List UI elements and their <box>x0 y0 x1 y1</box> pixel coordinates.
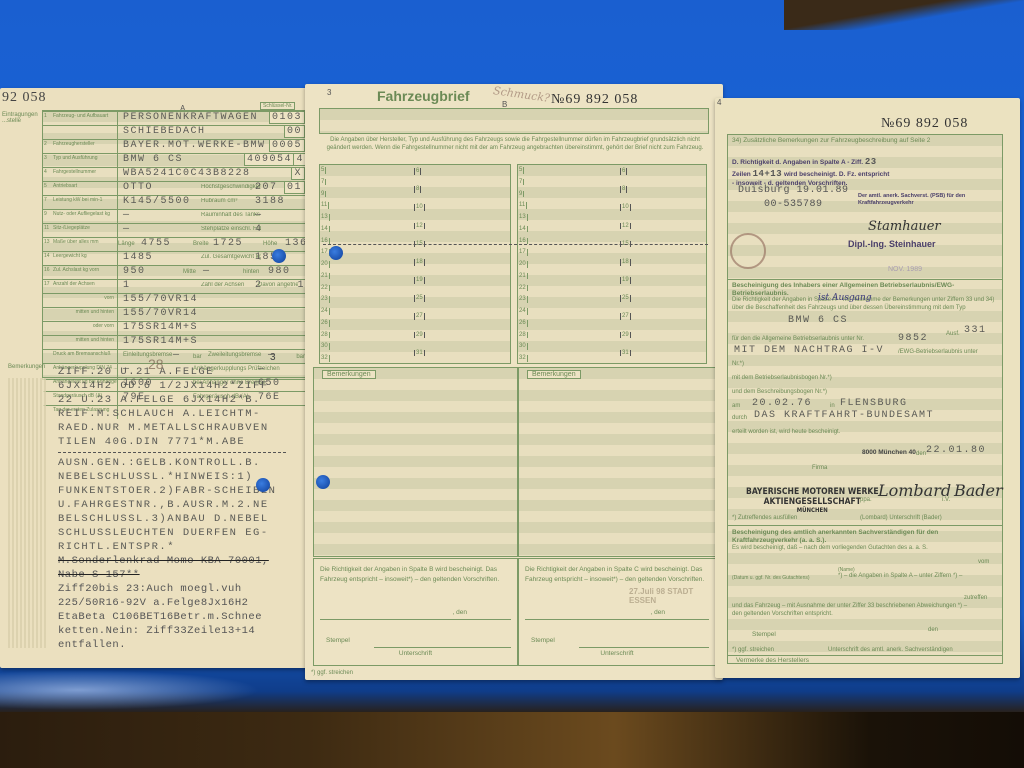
table-glare <box>0 670 260 710</box>
faded-stamp: 27.Juli 98 STADT ESSEN <box>629 587 709 605</box>
durch-value: DAS KRAFTFAHRT-BUNDESAMT <box>754 410 934 421</box>
field-label <box>43 126 118 139</box>
am-label: am <box>732 403 740 411</box>
inner-row-number: 18 <box>414 259 425 266</box>
extra2-label: Davon angetriebene Achsen <box>258 282 298 289</box>
number-prefix: № <box>881 116 895 131</box>
field-number: 11 <box>44 225 49 231</box>
form-row: Zul. Achslast kg vorn16950Mitte—hinten98… <box>43 265 307 279</box>
remark-line: U.FAHRGESTNR.,B.AUSR.M.2.NE <box>58 499 286 513</box>
field-value: 1725 <box>213 238 243 249</box>
cert-c-line <box>525 619 709 620</box>
form-row: Fahrzeughersteller2BAYER.MOT.WERKE-BMW00… <box>43 139 307 153</box>
cert-b-unterschrift: Unterschrift <box>314 650 517 657</box>
remarks-label: Bemerkungen <box>8 364 45 370</box>
cert-b-stempel: Stempel <box>326 637 350 644</box>
divider <box>728 279 1002 280</box>
company-type: AKTIENGESELLSCHAFT <box>746 497 879 507</box>
ausf-label: Ausf. <box>946 331 960 339</box>
floor-background <box>0 712 1024 768</box>
inner-row-number: 19 <box>620 277 631 284</box>
field-value: 4755 <box>141 238 171 249</box>
tire-label: mitten und hinten <box>43 336 118 349</box>
remark-line: RAED.NUR M.METALLSCHRAUBVEN <box>58 422 286 436</box>
row-number: 5 <box>321 167 326 174</box>
field-value: SCHIEBEDACH <box>123 126 206 137</box>
field-label: Leistung kW bei min-17 <box>43 196 118 209</box>
key-header: Schlüssel-Nr. <box>260 102 295 110</box>
field-label: Leergewicht kg14 <box>43 252 118 265</box>
company-name: BAYERISCHE MOTOREN WERKE <box>746 487 879 497</box>
remark-line: entfallen. <box>58 639 286 653</box>
row-number: 14 <box>519 226 528 233</box>
remarks-stamp: 28 <box>148 356 164 372</box>
tire-label: vorn <box>43 294 118 307</box>
field-value: 1 <box>123 280 131 291</box>
row-number: 28 <box>519 332 528 339</box>
tire-row: vorn155/70VR14 <box>43 293 307 307</box>
legal-footnotes-sidebar <box>8 378 46 648</box>
remarks-c: Bemerkungen <box>518 367 716 557</box>
cert-c-unterschrift: Unterschrift <box>519 650 715 657</box>
extra-value: — <box>255 210 263 221</box>
field-value: OTTO <box>123 182 153 193</box>
punch-hole <box>316 475 330 489</box>
cert-b-text: Die Richtigkeit der Angaben in Spalte B … <box>320 565 511 585</box>
city-label: 8000 München 40 <box>862 449 916 457</box>
inner-row-number: 27 <box>414 313 425 320</box>
form-row: Fahrgestellnummer4WBA5241C0C43B8228X <box>43 167 307 181</box>
remark-line: TILEN 40G.DIN 7771*M.ABE <box>58 436 286 450</box>
sub-label: Breite <box>193 241 209 248</box>
inner-row-number: 10 <box>620 204 631 211</box>
extra-value: 207 <box>255 182 278 193</box>
field-number: 2 <box>44 141 47 147</box>
number-value: 69 892 058 <box>895 116 968 131</box>
remarks-typed: ZIFF.20 U.21 A.FELGE6JX14H2 OD.6 1/2JX14… <box>58 366 286 450</box>
stamp-zeilen: 14+13 <box>753 169 783 179</box>
key-number: 00 <box>284 125 305 138</box>
field-label: Nutz- oder Aufliegelast kg9 <box>43 210 118 223</box>
document-number: №69 892 058 <box>551 92 638 108</box>
dashed-divider <box>58 452 286 453</box>
remarks-b-label: Bemerkungen <box>322 370 376 379</box>
am-value: 20.02.76 <box>752 398 812 409</box>
punch-hole <box>256 478 270 492</box>
inner-row-number: 18 <box>620 259 631 266</box>
cert-b-line <box>320 619 511 620</box>
tire-value: 175SR14M+S <box>123 322 198 333</box>
field-number: 9 <box>44 211 47 217</box>
row-1-field <box>319 108 709 134</box>
key-number: 0103 <box>269 111 305 124</box>
tire-row: oder vorn175SR14M+S <box>43 321 307 335</box>
brake-row: Druck am BremsanschlußEinleitungsbremse—… <box>43 349 307 363</box>
beschreibungsbogen-label: und dem Beschreibungsbogen Nr.*) <box>732 389 827 397</box>
remark-line: SCHLUSSLEUCHTEN DUERFEN EG- <box>58 527 286 541</box>
inner-row-number: 31 <box>620 350 631 357</box>
cert-c-text: Die Richtigkeit der Angaben in Spalte C … <box>525 565 709 585</box>
signature-bader: Bader <box>954 481 1003 500</box>
issue-date: 22.01.80 <box>926 445 986 456</box>
extra-label: Höchstgeschwindigkeit km/h <box>201 184 261 191</box>
zwei-label: Zweileitungsbremse <box>208 352 261 359</box>
firma-label: Firma <box>812 465 827 473</box>
row-number: 32 <box>519 355 528 362</box>
official-seal <box>730 233 766 269</box>
field-label: Fahrzeughersteller2 <box>43 140 118 153</box>
stamp-line-2: wird bescheinigt. D. Fz. entspricht <box>784 171 889 178</box>
field-value: WBA5241C0C43B8228 <box>123 168 251 179</box>
stamp-zeilen-label: Zeilen <box>732 171 751 178</box>
row-number: 20 <box>321 261 330 268</box>
inner-row-number: 31 <box>414 350 425 357</box>
tire-label: mitten und hinten <box>43 308 118 321</box>
remark-line: Ziff20bis 23:Auch moegl.vuh <box>58 583 286 597</box>
inner-row-number: 6 <box>414 168 421 175</box>
sv-text-2: *) – die Angaben in Spalte A – unter Zif… <box>838 573 962 581</box>
tire-value: 155/70VR14 <box>123 308 198 319</box>
divider <box>728 655 1002 656</box>
ein-value: — <box>173 350 181 361</box>
footnote: *) ggf. streichen <box>311 670 353 676</box>
form-row: SCHIEBEDACH00 <box>43 125 307 139</box>
company-city: MÜNCHEN <box>746 507 879 514</box>
row-number: 22 <box>519 285 528 292</box>
extra-label: Rauminhalt des Tanks m³ <box>201 212 261 219</box>
key-number: 0005 <box>269 139 305 152</box>
extra2-value: 1 <box>297 280 305 291</box>
remarks-c-label: Bemerkungen <box>527 370 581 379</box>
remark-line: ZIFF.20 U.21 A.FELGE <box>58 366 286 380</box>
page-left-spalte-a: 92 058 Eintragungen ...stelle A Schlüsse… <box>0 88 315 668</box>
field-value: BAYER.MOT.WERKE-BMW <box>123 140 266 151</box>
field-number: 7 <box>44 197 47 203</box>
mid-label: Mitte <box>183 269 196 276</box>
mid-value: — <box>203 266 211 277</box>
field-number: 17 <box>44 281 50 287</box>
ppa-label: ppa. <box>860 497 872 505</box>
field-number: 3 <box>44 155 47 161</box>
row-number: 9 <box>321 191 326 198</box>
intro-text: Die Angaben über Hersteller, Typ und Aus… <box>325 136 705 152</box>
key-number: 409054 <box>244 153 295 166</box>
row-number: 20 <box>519 261 528 268</box>
nr-label: Nr.*) <box>732 361 744 369</box>
number-value: 69 892 058 <box>565 92 638 107</box>
field-value: 950 <box>123 266 146 277</box>
field-label: Typ und Ausführung3 <box>43 154 118 167</box>
form-row: Typ und Ausführung3BMW 6 CS4090544 <box>43 153 307 167</box>
row-number: 17 <box>519 249 528 256</box>
field-value: — <box>123 210 131 221</box>
rear-label: hinten <box>243 269 259 276</box>
form-row: Anzahl der Achsen171Zahl der Achsen2Davo… <box>43 279 307 293</box>
row-number: 24 <box>519 308 528 315</box>
remark-line: BELSCHLUSSL.3)ANBAU D.NEBEL <box>58 513 286 527</box>
tire-value: 175SR14M+S <box>123 336 198 347</box>
field-number: 4 <box>44 169 47 175</box>
remark-line: 6JX14H2 OD.6 1/2JX14H2*ZIFF <box>58 380 286 394</box>
field-value: PERSONENKRAFTWAGEN <box>123 112 258 123</box>
field-number: 13 <box>44 239 50 245</box>
row-number: 24 <box>321 308 330 315</box>
row-number: 21 <box>519 273 528 280</box>
remarks-added: Ziff20bis 23:Auch moegl.vuh225/50R16-92V… <box>58 583 286 653</box>
punch-hole <box>329 246 343 260</box>
remark-line: Nabe S 157** <box>58 569 286 583</box>
rear-value: 980 <box>268 266 291 277</box>
field-number: 5 <box>44 183 47 189</box>
erteilt-label: erteilt worden ist, wird heute bescheini… <box>732 429 840 437</box>
tire-row: mitten und hinten155/70VR14 <box>43 307 307 321</box>
datum-label: (Datum u. ggf. Nr. des Gutachtens) <box>732 575 810 582</box>
row-number: 14 <box>321 226 330 233</box>
field-label: Maße über alles mm13 <box>43 238 118 251</box>
inner-row-number: 19 <box>414 277 425 284</box>
row-number: 28 <box>321 332 330 339</box>
vermerke-label: Vermerke des Herstellers <box>736 657 809 665</box>
dashed-divider <box>323 244 708 245</box>
row-number: 13 <box>321 214 330 221</box>
zutreffendes-note: *) Zutreffendes ausfüllen <box>732 515 797 523</box>
remark-line: 22 U.23 A.FELGE 6JX14H2*B. <box>58 394 286 408</box>
stamp-line-1: D. Richtigkeit d. Angaben in Spalte A - … <box>732 159 863 166</box>
cert-c-den: , den <box>651 609 665 616</box>
remarks-block: Bemerkungen 28 3 ZIFF.20 U.21 A.FELGE6JX… <box>58 366 286 653</box>
inner-row-number: 27 <box>620 313 631 320</box>
row-number: 11 <box>519 202 527 209</box>
durch-label: durch <box>732 415 747 423</box>
signature-lombard: Lombard <box>878 481 951 500</box>
row-number: 7 <box>519 179 524 186</box>
row-number: 22 <box>321 285 330 292</box>
remark-line: REIF.M.SCHLAUCH A.LEICHTM- <box>58 408 286 422</box>
zutreffen-label: zutreffen <box>964 595 987 603</box>
vom-label: vom <box>978 559 989 567</box>
expert-signature: Stamhauer <box>868 219 941 234</box>
row-number: 30 <box>519 343 528 350</box>
remark-line: 225/50R16-92V a.Felge8Jx16H2 <box>58 597 286 611</box>
field-number: 16 <box>44 267 50 273</box>
grid-spalte-c: 5791113141617202122232426283032681012151… <box>517 164 707 364</box>
field-number: 14 <box>44 253 50 259</box>
extra-label: Stehplätze einschl. Führersitz u. Notsit… <box>201 226 261 233</box>
divider <box>728 525 1002 526</box>
extra-label: Zul. Gesamtgewicht kg <box>201 254 261 261</box>
form-row: Nutz- oder Aufliegelast kg9—Rauminhalt d… <box>43 209 307 223</box>
extra-value: 3188 <box>255 196 285 207</box>
background-corner <box>784 0 1024 30</box>
sv-stempel: Stempel <box>752 631 776 639</box>
in-value: FLENSBURG <box>840 398 908 409</box>
sv-streichen: *) ggf. streichen <box>732 647 774 655</box>
abe-handwritten: ist Ausgang <box>818 293 872 305</box>
sv-signature-label: Unterschrift des amtl. anerk. Sachverstä… <box>828 647 953 655</box>
row-number: 13 <box>519 214 528 221</box>
remark-line: EtaBeta C106BET16Betr.m.Schnee <box>58 611 286 625</box>
row-number: 26 <box>321 320 330 327</box>
field-label: Sitz-/Liegeplätze11 <box>43 224 118 237</box>
row-number: 32 <box>321 355 330 362</box>
punch-hole <box>272 249 286 263</box>
row-number: 11 <box>321 202 329 209</box>
field-label: Zul. Achslast kg vorn16 <box>43 266 118 279</box>
row-number: 26 <box>519 320 528 327</box>
field-value: — <box>123 224 131 235</box>
form-row: Fahrzeug- und Aufbauart1PERSONENKRAFTWAG… <box>43 111 307 125</box>
sv-den: den <box>928 627 938 635</box>
form-row: Leergewicht kg141485Zul. Gesamtgewicht k… <box>43 251 307 265</box>
brake-label: Druck am Bremsanschluß <box>43 350 118 363</box>
sv-title: Bescheinigung des amtlich anerkannten Sa… <box>732 529 1000 546</box>
remark-line: RICHTL.ENTSPR.* <box>58 541 286 555</box>
sv-text-1: Es wird bescheinigt, daß – nach dem vorl… <box>732 545 1000 553</box>
field-number: 1 <box>44 113 47 119</box>
key-number: X <box>291 167 305 180</box>
tire-label: oder vorn <box>43 322 118 335</box>
row-number: 21 <box>321 273 330 280</box>
form-row: Sitz-/Liegeplätze11—Stehplätze einschl. … <box>43 223 307 237</box>
inner-row-number: 12 <box>414 223 425 230</box>
remarks-b: Bemerkungen <box>313 367 518 557</box>
grid-spalte-b: 5791113141617202122232426283032681012151… <box>319 164 511 364</box>
certification-c: Die Richtigkeit der Angaben in Spalte C … <box>518 558 716 666</box>
iv-label: i.V. <box>942 497 950 505</box>
certification-b: Die Richtigkeit der Angaben in Spalte B … <box>313 558 518 666</box>
field-label: Fahrzeug- und Aufbauart1 <box>43 112 118 125</box>
remarks-34-form: 34) Zusätzliche Bemerkungen zur Fahrzeug… <box>727 134 1003 664</box>
sv-text-3: und das Fahrzeug – mit Ausnahme der unte… <box>732 603 972 619</box>
remarks-typed-2: AUSN.GEN.:GELB.KONTROLL.B.NEBELSCHLUSSL.… <box>58 457 286 555</box>
field-value: BMW 6 CS <box>123 154 183 165</box>
row-number: 23 <box>519 296 528 303</box>
page-right-bemerkungen: 4 №69 892 058 34) Zusätzliche Bemerkunge… <box>715 98 1020 678</box>
row-number: 9 <box>519 191 524 198</box>
field-value: K145/5500 <box>123 196 191 207</box>
number-prefix: № <box>551 92 565 107</box>
inner-row-number: 25 <box>620 295 631 302</box>
page-middle-spalte-b-c: 3 Fahrzeugbrief Schmuck? №69 892 058 B C… <box>305 84 723 680</box>
row-number: 30 <box>321 343 330 350</box>
faded-date-stamp: NOV. 1989 <box>888 265 922 274</box>
remark-line: ketten.Nein: Ziff33Zeile13+14 <box>58 625 286 639</box>
extra-value: 4 <box>255 224 263 235</box>
ausf-value: 331 <box>964 325 987 336</box>
form-row: Leistung kW bei min-17K145/5500Hubraum c… <box>43 195 307 209</box>
page-number: 3 <box>327 88 331 97</box>
document-number-fragment: 92 058 <box>2 90 47 106</box>
betriebserlaubnisbogen-label: mit dem Betriebserlaubnisbogen Nr.*) <box>732 375 832 383</box>
signature-names: (Lombard) Unterschrift (Bader) <box>860 515 942 523</box>
tire-row: mitten und hinten175SR14M+S <box>43 335 307 349</box>
row-number: 7 <box>321 179 326 186</box>
ewg-label: /EWG-Betriebserlaubnis unter <box>898 349 978 357</box>
cert-b-den: , den <box>453 609 467 616</box>
cert-c-stempel: Stempel <box>531 637 555 644</box>
inner-row-number: 8 <box>414 186 421 193</box>
remarks-struck: M.Sonderlenkrad Momo KBA 70001,Nabe S 15… <box>58 555 286 583</box>
remark-line: AUSN.GEN.:GELB.KONTROLL.B. <box>58 457 286 471</box>
inner-row-number: 12 <box>620 223 631 230</box>
nachtrag: MIT DEM NACHTRAG I-V <box>734 345 884 356</box>
cert-c-signature-line <box>579 647 709 648</box>
inner-row-number: 29 <box>414 332 425 339</box>
row-number: 23 <box>321 296 330 303</box>
inner-row-number: 25 <box>414 295 425 302</box>
expert-name: Dipl.-Ing. Steinhauer <box>848 239 936 251</box>
section-34-header: 34) Zusätzliche Bemerkungen zur Fahrzeug… <box>732 137 1002 145</box>
inner-row-number: 29 <box>620 332 631 339</box>
side-label: Eintragungen ...stelle <box>2 112 42 124</box>
den-label: den <box>916 451 926 459</box>
form-row: Maße über alles mm13Länge4755Breite1725H… <box>43 237 307 251</box>
stamp-ziff: 23 <box>865 157 877 167</box>
field-label: Anzahl der Achsen17 <box>43 280 118 293</box>
ein-unit: bar <box>193 354 202 361</box>
extra-label: Zahl der Achsen <box>201 282 261 289</box>
document-number: №69 892 058 <box>881 116 968 132</box>
remark-line: M.Sonderlenkrad Momo KBA 70001, <box>58 555 286 569</box>
company-stamp: BAYERISCHE MOTOREN WERKE AKTIENGESELLSCH… <box>746 487 879 515</box>
reference-number: 00-535789 <box>764 199 823 210</box>
place-date: Duisburg 19.01.89 <box>738 185 849 196</box>
remark-line: FUNKENTSTOER.2)FABR-SCHEIBEN <box>58 485 286 499</box>
abe-nr-value: 9852 <box>898 333 928 344</box>
inner-row-number: 8 <box>620 186 627 193</box>
page-number: 4 <box>717 98 721 107</box>
cert-b-signature-line <box>374 647 511 648</box>
sub-label: Höhe <box>263 241 277 248</box>
first-registration-mark: 3 <box>270 352 276 363</box>
key-number: 01 <box>284 181 305 194</box>
field-label: Fahrgestellnummer4 <box>43 168 118 181</box>
field-value: 1485 <box>123 252 153 263</box>
expert-stamp: Der amtl. anerk. Sachverst. (PSB) für de… <box>858 193 978 207</box>
remark-line: NEBELSCHLUSSL.*HINWEIS:1) <box>58 471 286 485</box>
extra-label: Hubraum cm³ <box>201 198 261 205</box>
form-row: Antriebsart5OTTO01Höchstgeschwindigkeit … <box>43 181 307 195</box>
document-title: Fahrzeugbrief <box>377 88 470 104</box>
tire-value: 155/70VR14 <box>123 294 198 305</box>
type-value: BMW 6 CS <box>788 315 848 326</box>
sub-label: Länge <box>118 241 135 248</box>
inner-row-number: 6 <box>620 168 627 175</box>
inner-row-number: 10 <box>414 204 425 211</box>
field-label: Antriebsart5 <box>43 182 118 195</box>
vehicle-data-form: Fahrzeug- und Aufbauart1PERSONENKRAFTWAG… <box>42 110 308 380</box>
zwei-unit: bar <box>296 354 305 361</box>
abe-nr-label: für den die Allgemeine Betriebserlaubnis… <box>732 336 864 344</box>
row-number: 5 <box>519 167 524 174</box>
